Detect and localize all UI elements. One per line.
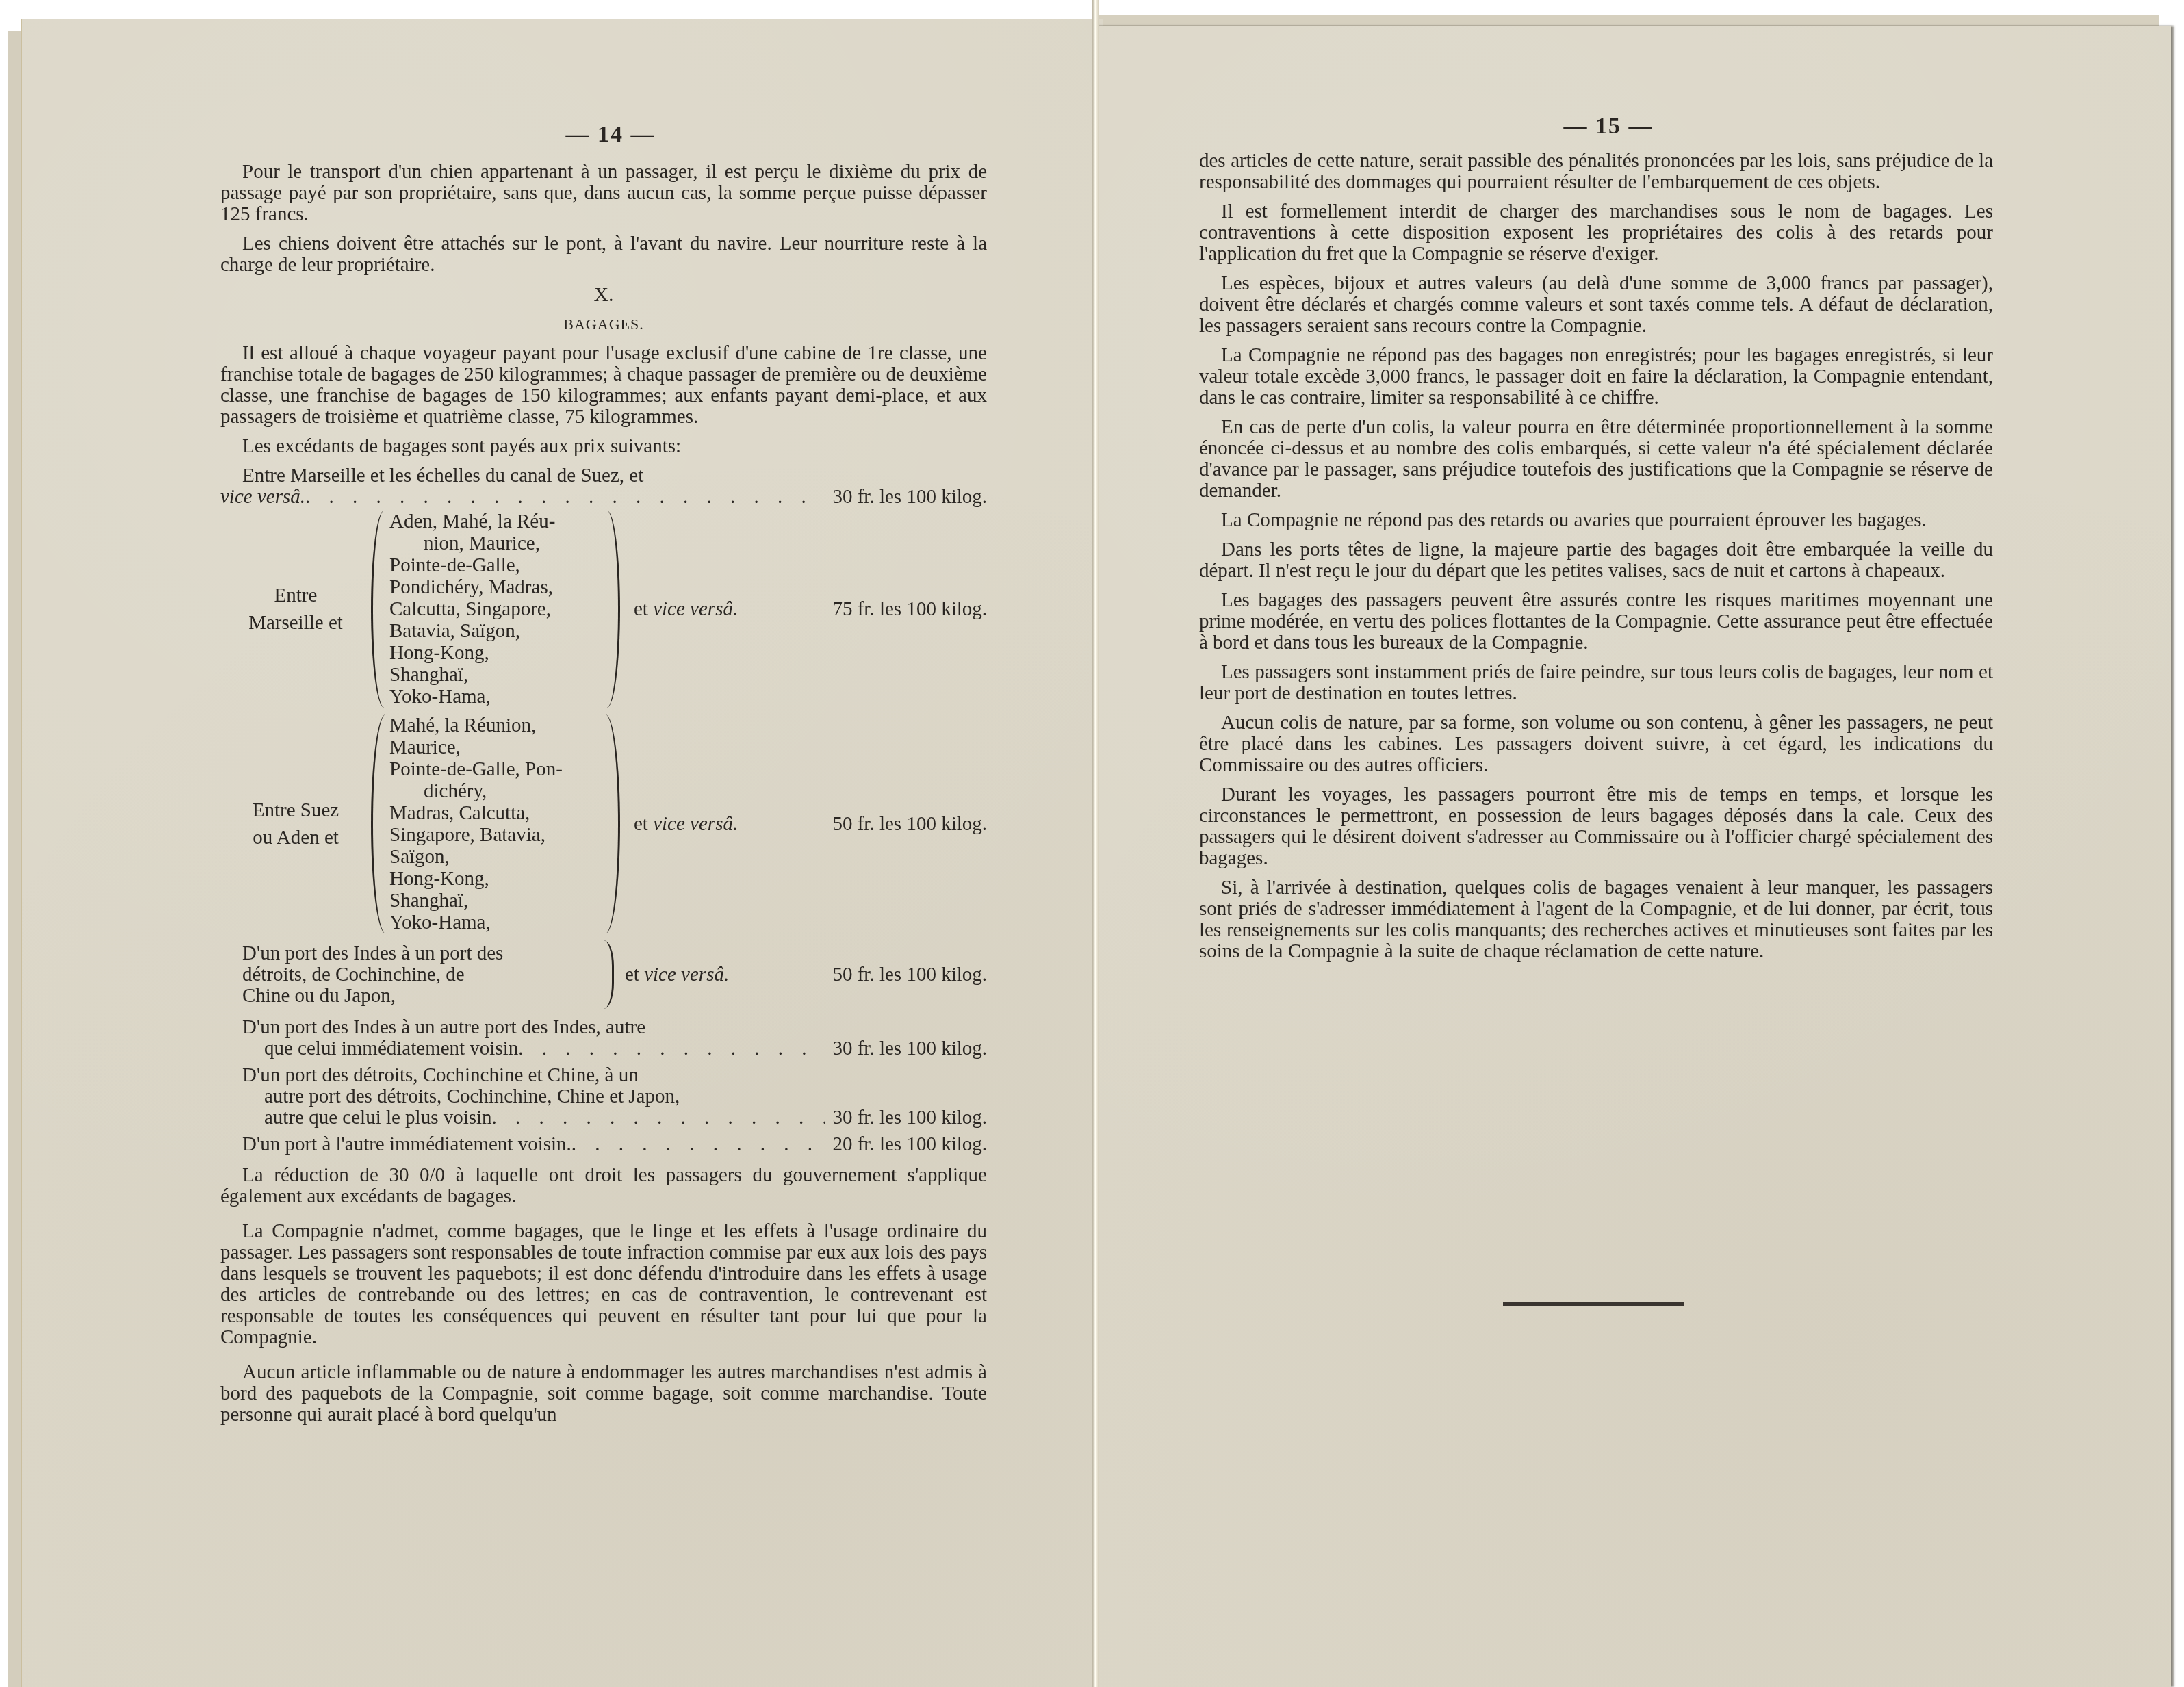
paragraph: Dans les ports têtes de ligne, la majeur… [1199,539,1993,582]
destination-item: Yoko-Hama, [389,912,608,933]
paragraph-dog-rules: Les chiens doivent être attachés sur le … [220,233,987,276]
destination-item: Aden, Mahé, la Réu- [389,511,608,532]
rate-price: 30 fr. les 100 kilog. [832,1107,987,1129]
destination-item: nion, Maurice, [389,532,608,554]
paragraph: La Compagnie ne répond pas des retards o… [1199,510,1993,531]
section-title: BAGAGES. [220,313,987,335]
rate-line: vice versâ. [220,487,305,508]
destination-item: Shanghaï, [389,890,608,912]
paragraph: Durant les voyages, les passagers pourro… [1199,784,1993,869]
rate-line: D'un port à l'autre immédiatement voisin… [242,1134,571,1155]
group-tail: et vice versâ. 50 fr. les 100 kilog. [620,814,987,835]
rate-price: 50 fr. les 100 kilog. [832,814,987,835]
right-brace [604,940,614,1009]
rate-indes-detroits: D'un port des Indes à un port des détroi… [220,940,987,1009]
suffix-vice-versa: vice versâ. [653,598,738,620]
label-line: Marseille et [220,609,371,636]
group-tail: et vice versâ. 75 fr. les 100 kilog. [620,599,987,620]
section-number: X. [220,284,987,305]
suffix-et: et [634,813,648,835]
rate-line: détroits, de Cochinchine, de [220,964,604,986]
destination-item: Mahé, la Réunion, [389,714,608,736]
rate-voisin: D'un port à l'autre immédiatement voisin… [220,1134,987,1155]
rates-intro: Les excédants de bagages sont payés aux … [220,436,987,457]
leader-dots: . . . . . . . . . . . . . . . [571,1134,826,1155]
destination-list: Aden, Mahé, la Réu-nion, Maurice,Pointe-… [383,511,608,708]
paragraph: Les bagages des passagers peuvent être a… [1199,590,1993,654]
destination-item: Madras, Calcutta, [389,802,608,824]
book-spine-fold [1092,0,1099,1687]
rate-line: D'un port des détroits, Cochinchine et C… [220,1065,987,1086]
destination-item: Hong-Kong, [389,642,608,664]
leader-dots: . . . . . . . . . . . . . . . . . . . . … [305,487,825,508]
rate-indes-indes: D'un port des Indes à un autre port des … [220,1017,987,1059]
rate-group-suez: Entre Suez ou Aden et Mahé, la Réunion,M… [220,714,987,933]
rate-price: 30 fr. les 100 kilog. [832,487,987,508]
label-line: Entre [220,582,371,609]
rate-price: 30 fr. les 100 kilog. [832,1038,987,1059]
rate-line: Entre Marseille et les échelles du canal… [220,465,987,487]
destination-item: Shanghaï, [389,664,608,686]
destination-item: Pointe-de-Galle, Pon- [389,758,608,780]
rate-price: 75 fr. les 100 kilog. [832,599,987,620]
paragraph: Si, à l'arrivée à destination, quelques … [1199,877,1993,962]
label-line: Entre Suez [220,797,371,824]
rate-detroits: D'un port des détroits, Cochinchine et C… [220,1065,987,1129]
paragraph: En cas de perte d'un colis, la valeur po… [1199,417,1993,502]
paragraph: Les espèces, bijoux et autres valeurs (a… [1199,273,1993,337]
page-number: — 14 — [542,122,679,148]
destination-item: Maurice, [389,736,608,758]
rate-line: D'un port des Indes à un autre port des … [220,1017,987,1038]
paragraph-continued: des articles de cette nature, serait pas… [1199,151,1993,193]
rate-price: 20 fr. les 100 kilog. [832,1134,987,1155]
suffix-et: et [634,598,648,620]
group-label: Entre Marseille et [220,582,371,636]
rate-line: Chine ou du Japon, [220,986,604,1007]
rate-group-marseille: Entre Marseille et Aden, Mahé, la Réu-ni… [220,511,987,708]
rate-price: 50 fr. les 100 kilog. [832,964,987,986]
paragraph-allowance: Il est alloué à chaque voyageur payant p… [220,343,987,428]
rate-line: que celui immédiatement voisin [264,1038,518,1059]
page-15-body: des articles de cette nature, serait pas… [1199,151,1993,970]
rate-line: autre que celui le plus voisin [264,1107,492,1129]
destination-item: Singapore, Batavia, [389,824,608,846]
destination-item: Calcutta, Singapore, [389,598,608,620]
rate-text: D'un port des Indes à un port des détroi… [220,943,604,1007]
suffix-et: et [625,964,639,986]
destination-item: Pointe-de-Galle, [389,554,608,576]
paragraph: Les passagers sont instamment priés de f… [1199,662,1993,704]
page-number: — 15 — [1540,114,1677,140]
rate-line: D'un port des Indes à un port des [220,943,604,964]
page-14: — 14 — Pour le transport d'un chien appa… [21,19,1103,1687]
destination-item: Batavia, Saïgon, [389,620,608,642]
group-label: Entre Suez ou Aden et [220,797,371,851]
paragraph-reduction: La réduction de 30 0/0 à laquelle ont dr… [220,1165,987,1207]
leader-dots: . . . . . . . . . . . . . . . . . . . . … [518,1038,825,1059]
destination-item: Hong-Kong, [389,868,608,890]
page-15: — 15 — des articles de cette nature, ser… [1095,26,2171,1687]
label-line: ou Aden et [220,824,371,851]
paragraph-dog-fee: Pour le transport d'un chien appartenant… [220,162,987,225]
leader-dots: . . . . . . . . . . . . . . . . . . . . … [492,1107,826,1129]
end-rule-divider [1503,1302,1684,1306]
destination-item: dichéry, [389,780,608,802]
destination-list: Mahé, la Réunion,Maurice,Pointe-de-Galle… [383,714,608,933]
destination-item: Saïgon, [389,846,608,868]
page-14-body: Pour le transport d'un chien appartenant… [220,162,987,1434]
paragraph: La Compagnie ne répond pas des bagages n… [1199,345,1993,409]
brace-bracket: Mahé, la Réunion,Maurice,Pointe-de-Galle… [371,714,620,933]
destination-item: Yoko-Hama, [389,686,608,708]
group-tail: et vice versâ. 50 fr. les 100 kilog. [625,964,987,986]
paragraph-inflammable: Aucun article inflammable ou de nature à… [220,1362,987,1426]
paragraph: Il est formellement interdit de charger … [1199,201,1993,265]
destination-item: Pondichéry, Madras, [389,576,608,598]
rate-marseille-suez: Entre Marseille et les échelles du canal… [220,465,987,508]
suffix-vice-versa: vice versâ. [653,813,738,835]
paragraph: Aucun colis de nature, par sa forme, son… [1199,712,1993,776]
brace-bracket: Aden, Mahé, la Réu-nion, Maurice,Pointe-… [371,511,620,708]
rate-line: autre port des détroits, Cochinchine, Ch… [220,1086,987,1107]
suffix-vice-versa: vice versâ. [644,964,729,986]
paragraph-admitted-baggage: La Compagnie n'admet, comme bagages, que… [220,1221,987,1348]
